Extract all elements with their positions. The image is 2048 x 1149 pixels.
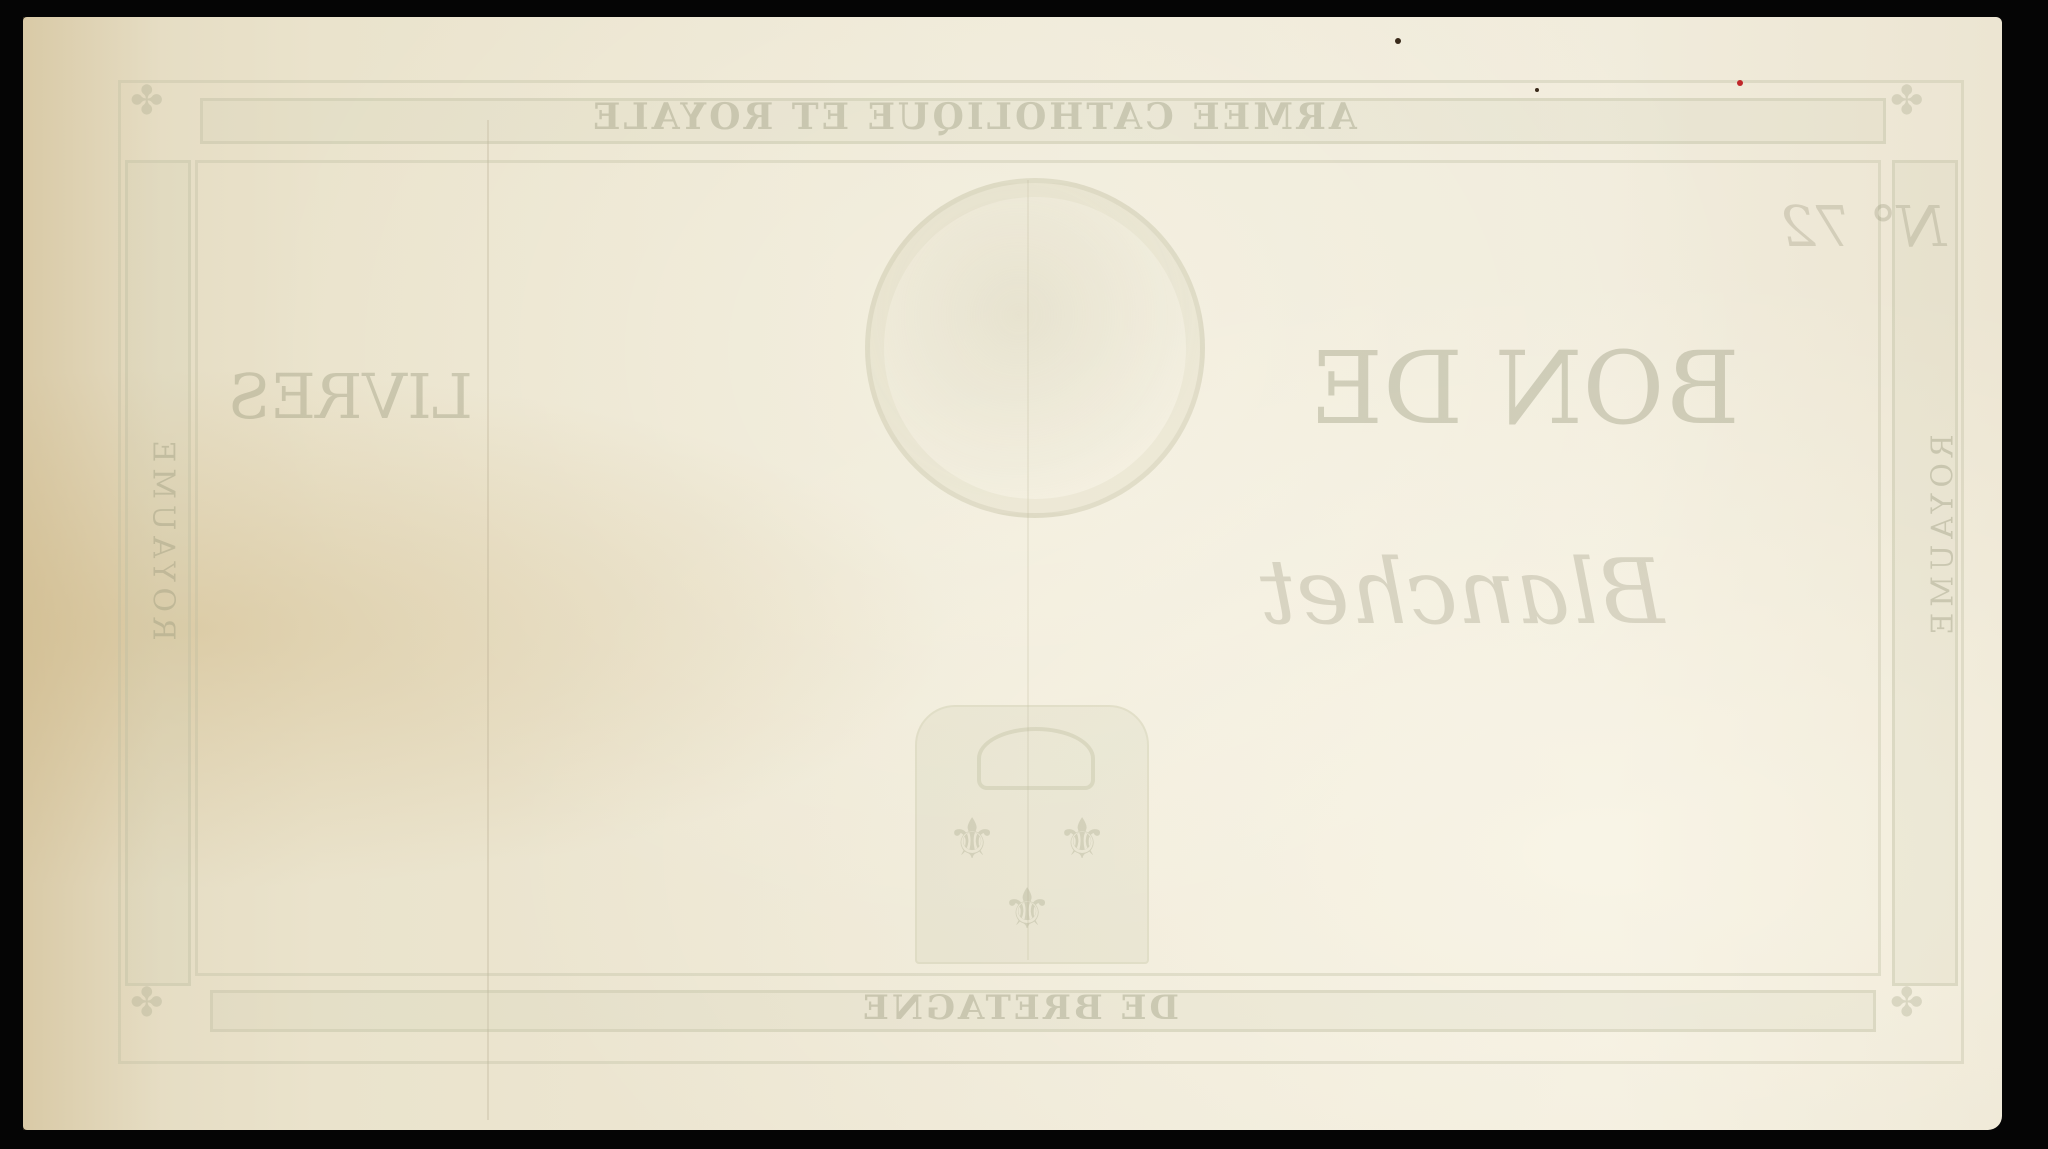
title-text: BON DE bbox=[1310, 330, 1740, 447]
fleur-de-lis-icon: ⚜ bbox=[947, 807, 997, 872]
fleur-de-lis-icon: ⚜ bbox=[1002, 877, 1052, 942]
crown-icon bbox=[977, 727, 1095, 790]
left-border-text: ROYAUME bbox=[146, 434, 181, 640]
top-band-text: ARMEE CATHOLIQUE ET ROYALE bbox=[590, 96, 1357, 138]
royal-crest: ⚜ ⚜ ⚜ bbox=[915, 705, 1149, 964]
ink-speck bbox=[1395, 38, 1401, 44]
right-border-text: ROYAUME bbox=[1926, 434, 1961, 640]
corner-ornament-icon: ✤ bbox=[130, 78, 164, 124]
corner-ornament-icon: ✤ bbox=[130, 980, 164, 1026]
bottom-band-text: DE BRETAGNE bbox=[860, 988, 1179, 1028]
fleur-de-lis-icon: ⚜ bbox=[1057, 807, 1107, 872]
signature: Blanchet bbox=[1260, 540, 1664, 645]
corner-ornament-icon: ✤ bbox=[1890, 78, 1924, 124]
serial-number: N° 72 bbox=[1780, 195, 1946, 260]
corner-ornament-icon: ✤ bbox=[1890, 980, 1924, 1026]
ink-speck bbox=[1737, 80, 1743, 86]
denomination-word: LIVRES bbox=[228, 360, 473, 433]
ink-speck bbox=[1535, 88, 1539, 92]
medallion-portrait bbox=[865, 178, 1205, 518]
